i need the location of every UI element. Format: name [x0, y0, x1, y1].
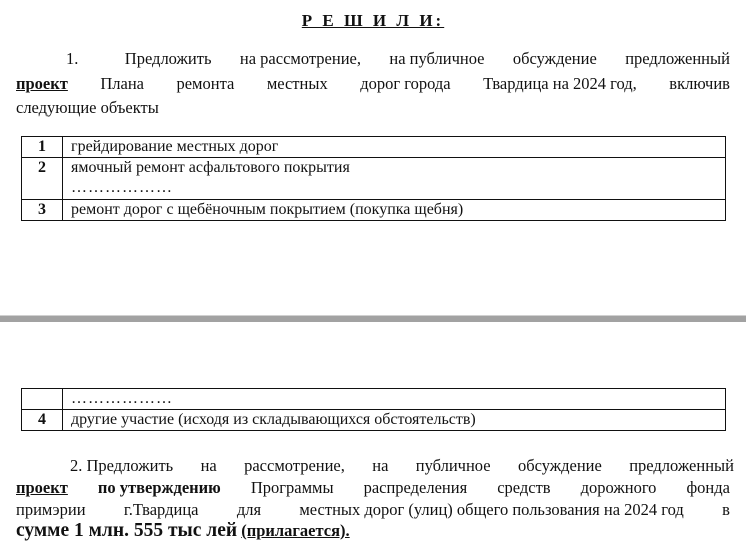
- objects-table-bottom: ……………… 4 другие участие (исходя из склад…: [21, 388, 726, 431]
- row-text: ямочный ремонт асфальтового покрытия: [71, 158, 725, 178]
- table-row: 2 ямочный ремонт асфальтового покрытия ……: [22, 158, 726, 200]
- section1-line3: следующие объекты: [16, 96, 159, 119]
- project-emphasis: проект: [16, 476, 68, 499]
- row-number: 3: [22, 200, 63, 221]
- row-number: 2: [22, 158, 63, 200]
- table-row: 3 ремонт дорог с щебёночным покрытием (п…: [22, 200, 726, 221]
- objects-table-top: 1 грейдирование местных дорог 2 ямочный …: [21, 136, 726, 221]
- section2-line1: 2. Предложить на рассмотрение, на публич…: [16, 454, 734, 477]
- section2-line2: проект по утверждению Программы распреде…: [16, 476, 730, 499]
- row-text: грейдирование местных дорог: [63, 137, 726, 158]
- row-cell: ямочный ремонт асфальтового покрытия …………: [63, 158, 726, 200]
- section2-line4: сумме 1 млн. 555 тыс лей (прилагается).: [16, 519, 350, 542]
- section1-line1: 1. Предложить на рассмотрение, на публич…: [16, 47, 730, 70]
- row-text: ………………: [63, 389, 726, 410]
- section1-line2: проект Плана ремонта местных дорог город…: [16, 72, 730, 95]
- approval-emphasis: по утверждению: [98, 476, 221, 499]
- attached-note: (прилагается).: [241, 521, 349, 540]
- amount-text: сумме 1 млн. 555 тыс лей: [16, 520, 237, 541]
- row-text: другие участие (исходя из складывающихся…: [63, 410, 726, 431]
- section2-line3: примэрии г.Твардица для местных дорог (у…: [16, 498, 730, 521]
- table-row: 1 грейдирование местных дорог: [22, 137, 726, 158]
- table-row: ………………: [22, 389, 726, 410]
- row-number: 1: [22, 137, 63, 158]
- decision-heading: Р Е Ш И Л И:: [0, 11, 746, 31]
- row-number: [22, 389, 63, 410]
- row-ellipsis: ………………: [71, 178, 725, 198]
- table-row: 4 другие участие (исходя из складывающих…: [22, 410, 726, 431]
- row-text: ремонт дорог с щебёночным покрытием (пок…: [63, 200, 726, 221]
- project-emphasis: проект: [16, 72, 68, 95]
- section1-number: 1.: [66, 47, 78, 70]
- page-break-divider: [0, 315, 746, 322]
- row-number: 4: [22, 410, 63, 431]
